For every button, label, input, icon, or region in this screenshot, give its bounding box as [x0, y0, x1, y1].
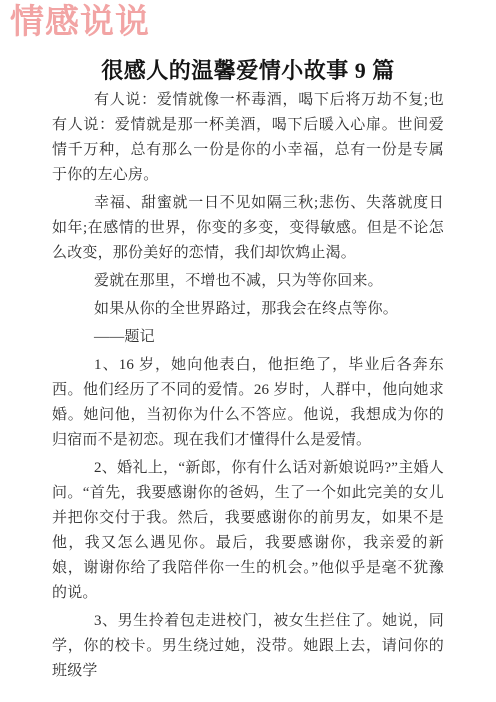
paragraph-story-1: 1、16 岁，她向他表白，他拒绝了，毕业后各奔东西。他们经历了不同的爱情。26 …: [52, 353, 444, 453]
page-title: 很感人的温馨爱情小故事 9 篇: [52, 55, 444, 86]
paragraph-4: 如果从你的全世界路过，那我会在终点等你。: [52, 297, 444, 322]
document-content: 很感人的温馨爱情小故事 9 篇 有人说：爱情就像一杯毒酒，喝下后将万劫不复;也有…: [52, 55, 444, 687]
paragraph-2: 幸福、甜蜜就一日不见如隔三秋;悲伤、失落就度日如年;在感情的世界，你变的多变，变…: [52, 191, 444, 266]
paragraph-1: 有人说：爱情就像一杯毒酒，喝下后将万劫不复;也有人说：爱情就是那一杯美酒，喝下后…: [52, 88, 444, 188]
site-watermark: 情感说说: [10, 1, 150, 43]
paragraph-story-3: 3、男生拎着包走进校门，被女生拦住了。她说，同学，你的校卡。男生绕过她，没带。她…: [52, 609, 444, 684]
paragraph-epigraph: ——题记: [52, 325, 444, 350]
paragraph-3: 爱就在那里，不增也不减，只为等你回来。: [52, 269, 444, 294]
paragraph-story-2: 2、婚礼上，“新郎，你有什么话对新娘说吗?”主婚人问。“首先，我要感谢你的爸妈，…: [52, 456, 444, 606]
